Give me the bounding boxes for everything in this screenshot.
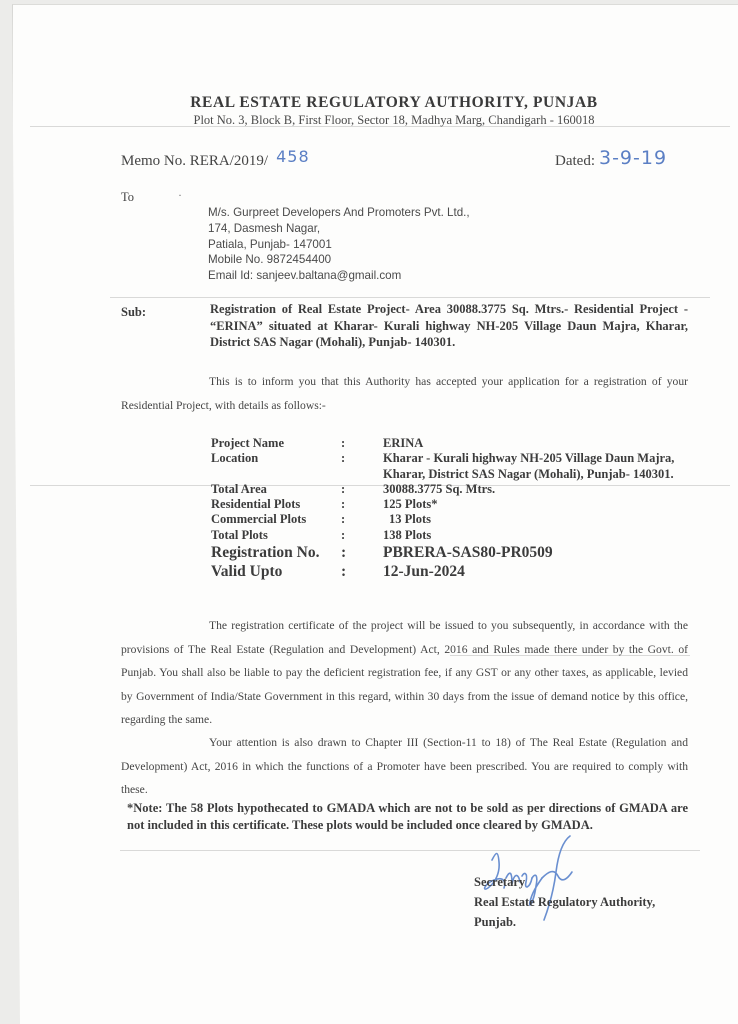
recipient-city: Patiala, Punjab- 147001 (208, 237, 470, 253)
detail-row-project-name: Project Name : ERINA (211, 436, 693, 451)
memo-date: Dated:3-9-19 (555, 148, 667, 170)
detail-row-commercial-plots: Commercial Plots : 13 Plots (211, 512, 693, 527)
memo-document: REAL ESTATE REGULATORY AUTHORITY, PUNJAB… (0, 0, 738, 1024)
authority-address: Plot No. 3, Block B, First Floor, Sector… (0, 113, 738, 128)
detail-value: 138 Plots (383, 528, 693, 543)
recipient-street: 174, Dasmesh Nagar, (208, 221, 470, 237)
signatory-state: Punjab. (474, 914, 655, 931)
detail-value: 13 Plots (383, 512, 693, 527)
memo-prefix: Memo No. RERA/2019/ (121, 153, 268, 169)
memo-number: Memo No. RERA/2019/458 (121, 150, 310, 170)
signatory-title: Secretary (474, 874, 655, 891)
subject-label: Sub: (121, 305, 146, 320)
detail-row-residential-plots: Residential Plots : 125 Plots* (211, 497, 693, 512)
scan-dot: · (178, 188, 182, 203)
project-details-table: Project Name : ERINA Location : Kharar -… (211, 436, 693, 581)
dated-label: Dated: (555, 153, 595, 169)
detail-separator: : (341, 497, 383, 512)
detail-label: Project Name (211, 436, 341, 451)
detail-separator: : (341, 512, 383, 527)
signatory-organization: Real Estate Regulatory Authority, (474, 894, 655, 911)
detail-label: Valid Upto (211, 562, 341, 581)
subject-text: Registration of Real Estate Project- Are… (210, 301, 688, 351)
detail-label: Total Area (211, 482, 341, 497)
detail-separator: : (341, 436, 383, 451)
detail-value: Kharar - Kurali highway NH-205 Village D… (383, 451, 683, 482)
memo-number-handwritten: 458 (276, 147, 310, 166)
detail-value: ERINA (383, 436, 693, 451)
recipient-mobile: Mobile No. 9872454400 (208, 252, 470, 268)
detail-value: 30088.3775 Sq. Mtrs. (383, 482, 693, 497)
recipient-email: Email Id: sanjeev.baltana@gmail.com (208, 268, 470, 284)
recipient-company: M/s. Gurpreet Developers And Promoters P… (208, 205, 470, 221)
detail-separator: : (341, 451, 383, 482)
detail-separator: : (341, 562, 383, 581)
detail-label: Location (211, 451, 341, 482)
detail-separator: : (341, 543, 383, 562)
to-label: To (121, 190, 134, 205)
detail-row-registration-no: Registration No. : PBRERA-SAS80-PR0509 (211, 543, 693, 562)
authority-title: REAL ESTATE REGULATORY AUTHORITY, PUNJAB (0, 94, 738, 112)
scanned-page: REAL ESTATE REGULATORY AUTHORITY, PUNJAB… (0, 0, 738, 1024)
intro-paragraph-text: This is to inform you that this Authorit… (121, 375, 688, 412)
detail-label: Registration No. (211, 543, 341, 562)
detail-row-total-area: Total Area : 30088.3775 Sq. Mtrs. (211, 482, 693, 497)
date-handwritten: 3-9-19 (599, 147, 667, 169)
recipient-address: M/s. Gurpreet Developers And Promoters P… (208, 205, 470, 284)
registration-number: PBRERA-SAS80-PR0509 (383, 543, 693, 562)
detail-separator: : (341, 482, 383, 497)
intro-paragraph: This is to inform you that this Authorit… (121, 370, 688, 417)
detail-label: Commercial Plots (211, 512, 341, 527)
detail-row-location: Location : Kharar - Kurali highway NH-20… (211, 451, 693, 482)
detail-label: Residential Plots (211, 497, 341, 512)
detail-row-total-plots: Total Plots : 138 Plots (211, 528, 693, 543)
promoter-functions-paragraph: Your attention is also drawn to Chapter … (121, 731, 688, 802)
signature-block: Secretary Real Estate Regulatory Authori… (474, 874, 655, 931)
detail-row-valid-upto: Valid Upto : 12-Jun-2024 (211, 562, 693, 581)
certificate-paragraph-text: The registration certificate of the proj… (121, 619, 688, 726)
detail-separator: : (341, 528, 383, 543)
valid-upto-date: 12-Jun-2024 (383, 562, 693, 581)
promoter-functions-paragraph-text: Your attention is also drawn to Chapter … (121, 736, 688, 796)
gmada-note: *Note: The 58 Plots hypothecated to GMAD… (127, 800, 688, 833)
detail-value: 125 Plots* (383, 497, 693, 512)
detail-label: Total Plots (211, 528, 341, 543)
certificate-paragraph: The registration certificate of the proj… (121, 614, 688, 732)
